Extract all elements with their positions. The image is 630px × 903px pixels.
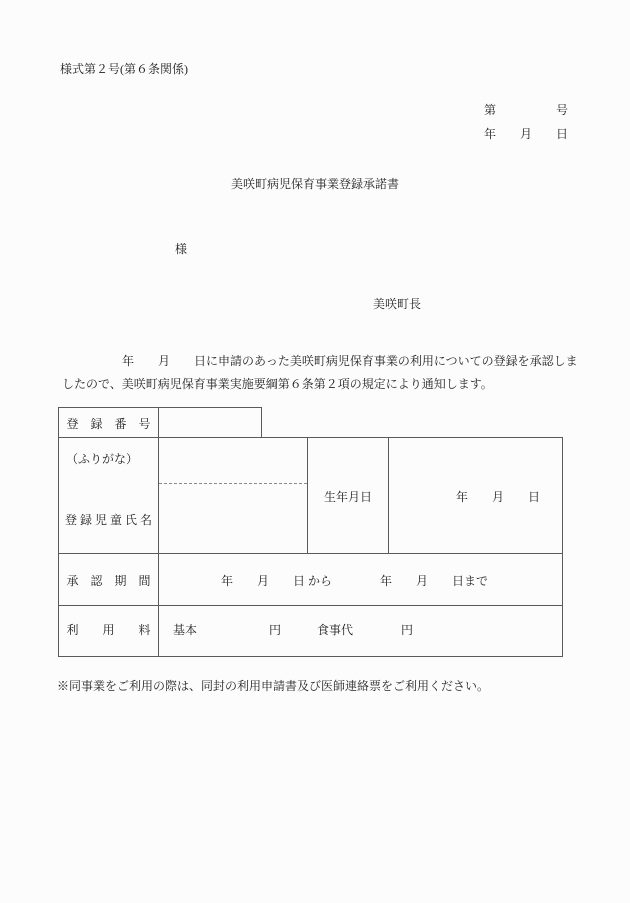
table-line-regbox-right	[261, 407, 262, 438]
birthdate-field: 年 月 日	[456, 490, 540, 504]
fee-field: 基本 円 食事代 円	[173, 623, 413, 637]
table-line-bottom	[58, 656, 563, 657]
table-line-row1-bottom	[58, 437, 563, 438]
table-line-label-col	[158, 407, 159, 657]
table-line-right	[562, 437, 563, 656]
document-number-line: 第 号	[484, 103, 568, 117]
table-line-left	[58, 407, 59, 657]
furigana-label: （ふりがな）	[66, 452, 138, 466]
furigana-name-divider-dashed	[159, 483, 307, 484]
table-line-row2-bottom	[58, 553, 563, 554]
registration-table: 登 録 番 号 （ふりがな） 登 録 児 童 氏 名 生年月日 年 月 日 承 …	[58, 407, 563, 657]
registration-number-label: 登 録 番 号	[58, 417, 159, 431]
approval-period-label: 承 認 期 間	[58, 574, 159, 588]
document-page: 様式第２号(第６条関係) 第 号 年 月 日 美咲町病児保育事業登録承諾書 様 …	[0, 0, 630, 903]
child-name-label: 登 録 児 童 氏 名	[65, 513, 152, 527]
addressee-suffix: 様	[175, 242, 187, 256]
sender-name: 美咲町長	[373, 297, 421, 311]
birthdate-label: 生年月日	[307, 490, 389, 504]
table-line-top	[58, 407, 262, 408]
footnote: ※同事業をご利用の際は、同封の利用申請書及び医師連絡票をご利用ください。	[57, 679, 489, 693]
approval-period-field: 年 月 日 から 年 月 日まで	[221, 574, 488, 588]
body-paragraph-line-1: 年 月 日に申請のあった美咲町病児保育事業の利用についての登録を承認しま	[62, 354, 582, 368]
fee-label: 利 用 料	[58, 623, 159, 637]
form-number: 様式第２号(第６条関係)	[60, 62, 188, 76]
document-date-line: 年 月 日	[484, 127, 568, 141]
body-paragraph-line-2: したので、美咲町病児保育事業実施要綱第６条第２項の規定により通知します。	[62, 377, 582, 391]
table-line-row3-bottom	[58, 605, 563, 606]
document-title: 美咲町病児保育事業登録承諾書	[0, 177, 630, 191]
